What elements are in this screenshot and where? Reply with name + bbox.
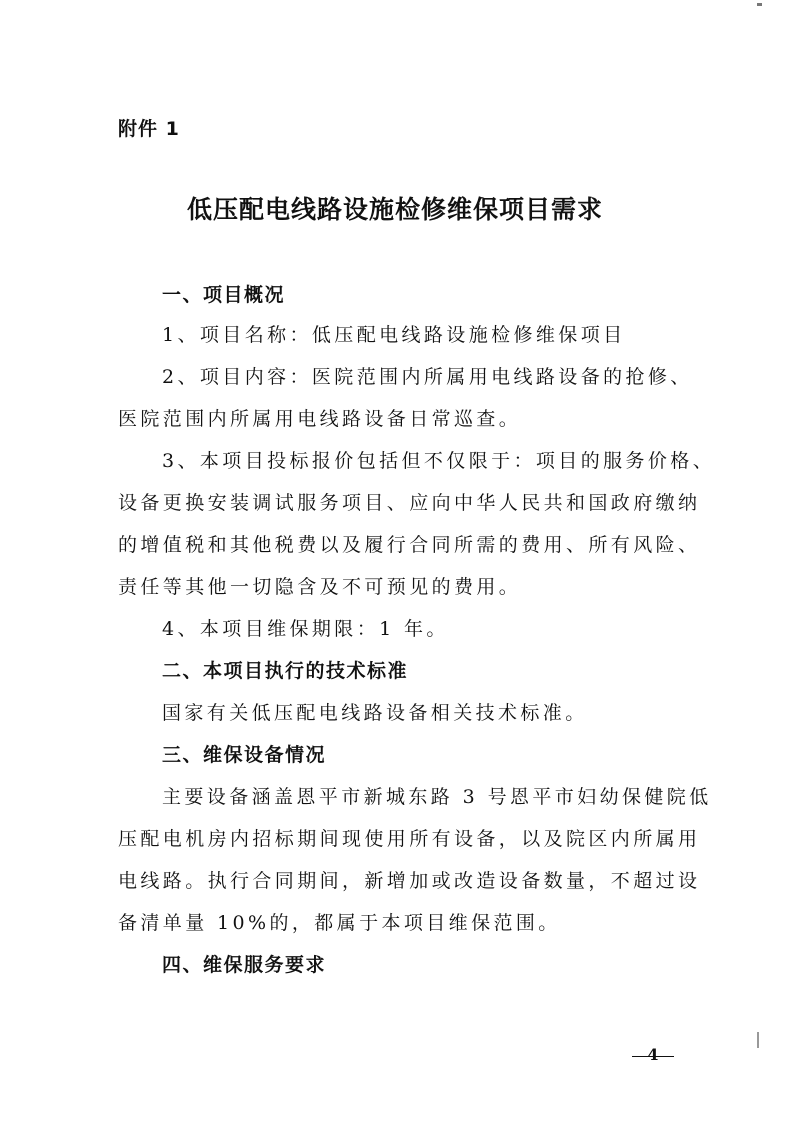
paragraph-line: 压配电机房内招标期间现使用所有设备，以及院区内所属用 — [118, 824, 678, 851]
paragraph-line: 的增值税和其他税费以及履行合同所需的费用、所有风险、 — [118, 530, 678, 557]
paragraph-line: 设备更换安装调试服务项目、应向中华人民共和国政府缴纳 — [118, 488, 678, 515]
paragraph-line: 2、项目内容：医院范围内所属用电线路设备的抢修、 — [162, 362, 722, 389]
section-heading: 三、维保设备情况 — [162, 740, 722, 767]
paragraph-line: 主要设备涵盖恩平市新城东路 3 号恩平市妇幼保健院低 — [162, 782, 722, 809]
document-page: 附件 1 低压配电线路设施检修维保项目需求 一、项目概况1、项目名称：低压配电线… — [0, 0, 790, 1124]
scan-edge-mark — [757, 1032, 759, 1048]
section-heading: 二、本项目执行的技术标准 — [162, 656, 722, 683]
attachment-label: 附件 1 — [118, 114, 180, 141]
section-heading: 一、项目概况 — [162, 280, 722, 307]
paragraph-line: 责任等其他一切隐含及不可预见的费用。 — [118, 572, 678, 599]
document-title: 低压配电线路设施检修维保项目需求 — [0, 190, 790, 226]
paragraph-line: 4、本项目维保期限：1 年。 — [162, 614, 722, 641]
paragraph-line: 备清单量 10%的，都属于本项目维保范围。 — [118, 908, 678, 935]
section-heading: 四、维保服务要求 — [162, 950, 722, 977]
paragraph-line: 国家有关低压配电线路设备相关技术标准。 — [162, 698, 722, 725]
page-number-text: 4 — [647, 1045, 658, 1064]
paragraph-line: 电线路。执行合同期间，新增加或改造设备数量，不超过设 — [118, 866, 678, 893]
paragraph-line: 3、本项目投标报价包括但不仅限于：项目的服务价格、 — [162, 446, 722, 473]
paragraph-line: 1、项目名称：低压配电线路设施检修维保项目 — [162, 320, 722, 347]
page-number: 4 — [632, 1045, 674, 1064]
paragraph-line: 医院范围内所属用电线路设备日常巡查。 — [118, 404, 678, 431]
scan-mark — [757, 3, 762, 6]
